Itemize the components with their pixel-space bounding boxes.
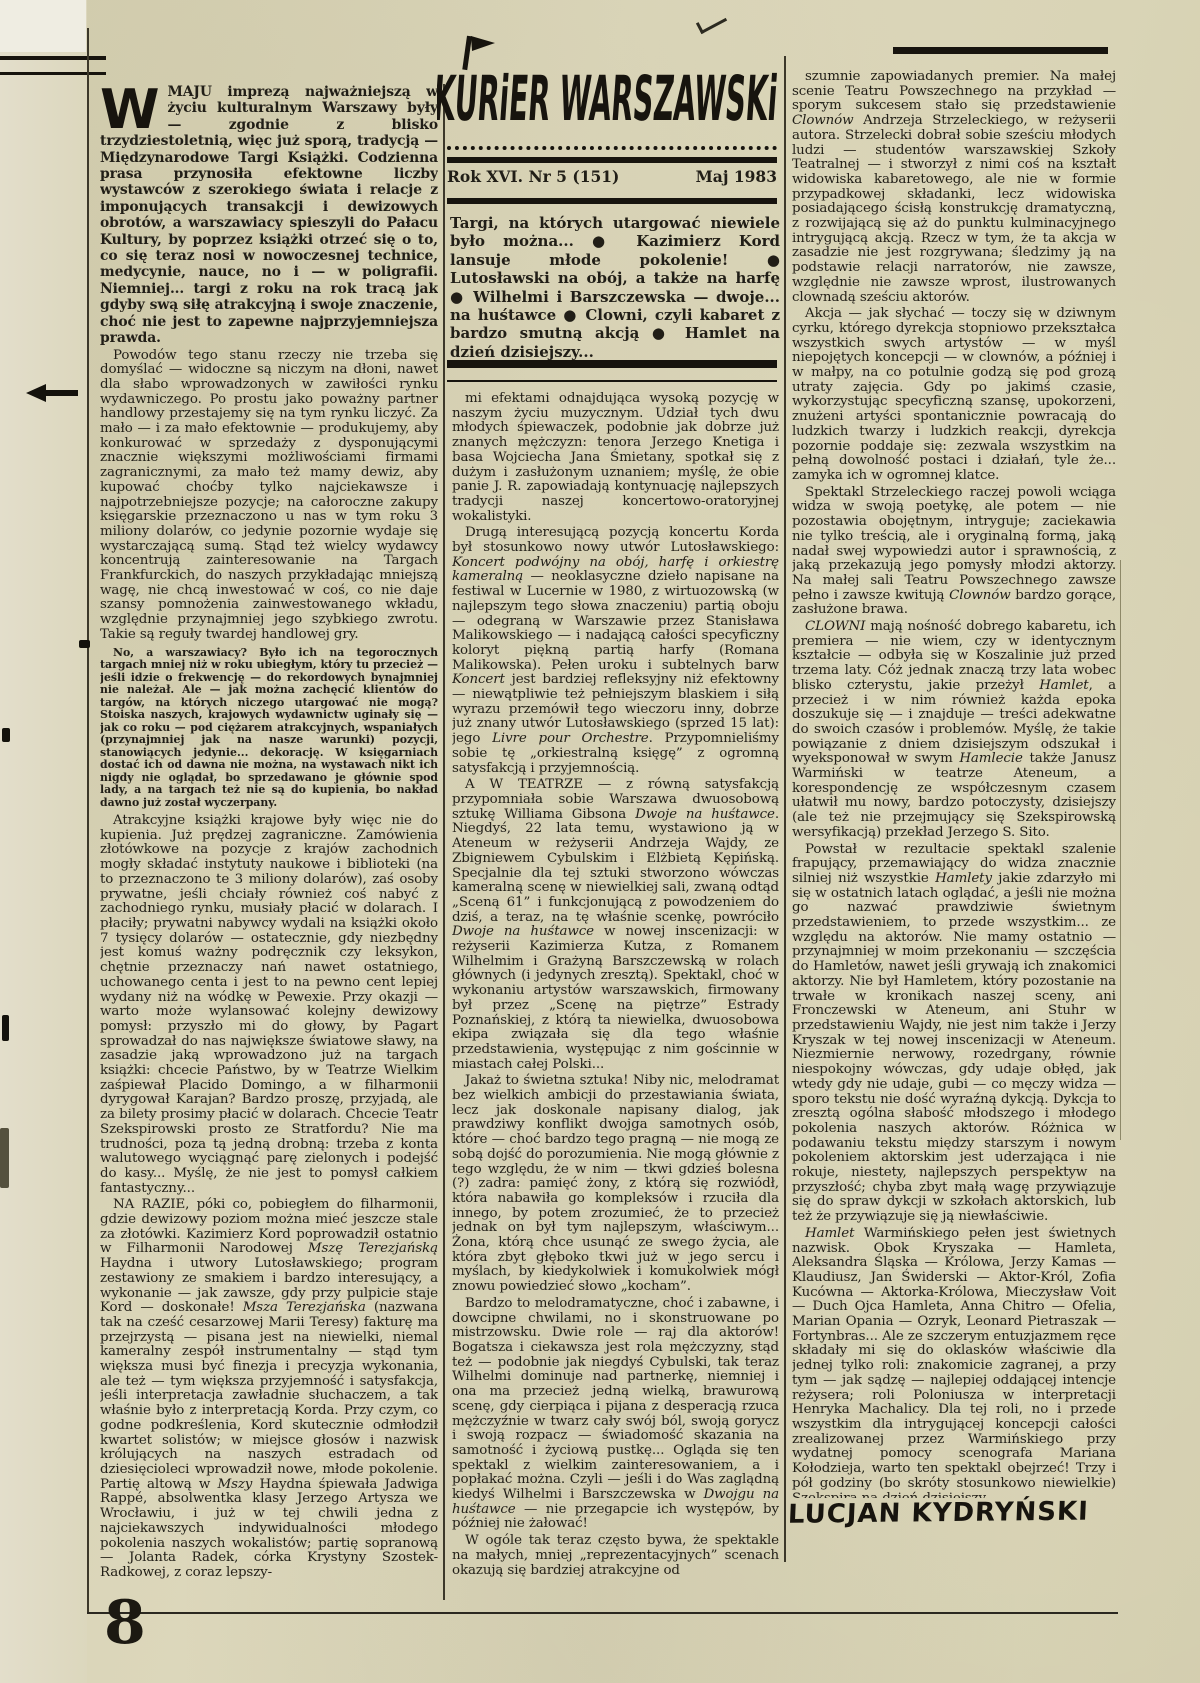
paragraph: Spektakl Strzeleckiego raczej powoli wci…	[792, 486, 1116, 618]
paragraph: W MAJU imprezą najważniejszą w życiu kul…	[100, 84, 438, 347]
column-right: szumnie zapowiadanych premier. Na małej …	[792, 70, 1116, 1498]
dotted-rule	[447, 146, 777, 150]
paragraph: Powodów tego stanu rzeczy nie trzeba się…	[100, 349, 438, 643]
masthead-top-rule	[893, 47, 1108, 54]
bottom-frame-rule	[87, 1612, 1118, 1614]
scan-left-margin	[0, 0, 87, 1683]
newspaper-page: KURiER WARSZAWSKi Rok XVI. Nr 5 (151) Ma…	[0, 0, 1200, 1683]
scan-artifact-arrow	[26, 384, 46, 402]
paragraph: W ogóle tak teraz często bywa, że spekta…	[452, 1534, 779, 1578]
column-separator-left	[443, 84, 445, 1600]
masthead-title: KURiER WARSZAWSKi	[437, 62, 780, 135]
paragraph: No, a warszawiacy? Było ich na tegoroczn…	[100, 647, 438, 810]
column-middle: mi efektami odnajdująca wysoką pozycję w…	[452, 392, 779, 1602]
scan-corner	[0, 0, 86, 52]
page-edge-shadow	[1120, 560, 1121, 1140]
dateline: Rok XVI. Nr 5 (151) Maj 1983	[447, 167, 777, 186]
dateline-rule-bottom	[447, 198, 777, 204]
issue-date: Maj 1983	[696, 167, 777, 186]
lead-rule-thin	[447, 380, 777, 382]
left-frame-rule	[87, 28, 89, 1614]
scan-artifact-arrow-bar	[44, 390, 78, 396]
column-separator-right	[784, 56, 786, 1562]
lead-rule-thick	[447, 360, 777, 368]
paragraph: Akcja — jak słychać — toczy się w dziwny…	[792, 307, 1116, 483]
paragraph: CLOWNI mają nośność dobrego kabaretu, ic…	[792, 620, 1116, 841]
paragraph: szumnie zapowiadanych premier. Na małej …	[792, 70, 1116, 305]
scan-artifact-pen-mark	[696, 10, 727, 34]
paragraph: Atrakcyjne książki krajowe były więc nie…	[100, 814, 438, 1196]
scan-artifact-smudge	[0, 1128, 9, 1188]
paragraph: A W TEATRZE — z równą satysfakcją przypo…	[452, 778, 779, 1072]
paragraph: Jakaż to świetna sztuka! Niby nic, melod…	[452, 1074, 779, 1295]
paragraph: Bardzo to melodramatyczne, choć i zabawn…	[452, 1297, 779, 1532]
paragraph: Powstał w rezultacie spektakl szalenie f…	[792, 843, 1116, 1225]
paragraph: NA RAZIE, póki co, pobiegłem do filharmo…	[100, 1198, 438, 1580]
scan-artifact-blob	[79, 640, 90, 648]
paragraph: mi efektami odnajdująca wysoką pozycję w…	[452, 392, 779, 524]
scan-artifact-tick-2	[2, 1015, 9, 1041]
top-left-rule-2	[0, 72, 106, 75]
author-signature: LUCJAN KYDRYŃSKI	[787, 1496, 1122, 1529]
paragraph: Hamlet Warmińskiego pełen jest świetnych…	[792, 1227, 1116, 1498]
lead-summary: Targi, na których utargować niewiele był…	[450, 214, 780, 361]
scan-artifact-tick	[2, 728, 10, 742]
paragraph: Drugą interesującą pozycją koncertu Kord…	[452, 526, 779, 776]
column-left: W MAJU imprezą najważniejszą w życiu kul…	[100, 84, 438, 1598]
dateline-rule-top	[447, 157, 777, 163]
page-number: 8	[104, 1588, 146, 1658]
issue-number: Rok XVI. Nr 5 (151)	[447, 167, 619, 186]
masthead-logo: KURiER WARSZAWSKi	[437, 34, 783, 138]
top-left-rule	[0, 56, 106, 60]
